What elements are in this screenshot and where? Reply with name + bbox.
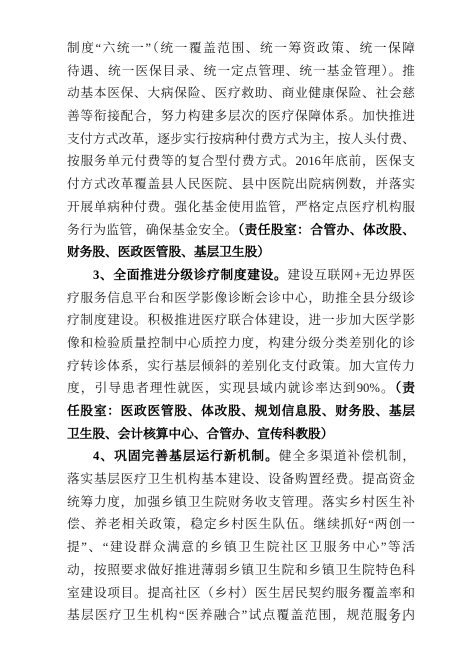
text-run: 疗制度建设。积极推进医疗联合体建设，进一步加大医学影	[67, 313, 415, 327]
text-run: 务行为监管，确保基金安全。	[67, 223, 238, 237]
text-run: 健全多渠道补偿机制，	[279, 449, 415, 463]
text-line: 室建设项目。提高社区（乡村）医生居民契约服务覆盖率和	[67, 582, 415, 605]
text-run: 动，按照要求做好推进薄弱乡镇卫生院和乡镇卫生院特色科	[67, 563, 415, 577]
text-line: 统筹力度，加强乡镇卫生院财务收支管理。落实乡村医生补	[67, 491, 415, 514]
text-line: 按服务单元付费等的复合型付费方式。2016年底前，医保支	[67, 150, 415, 173]
text-line: 动基本医保、大病保险、医疗救助、商业健康保险、社会慈	[67, 82, 415, 105]
text-run: 像和检验质量控制中心质控力度，构建分级分类差别化的诊	[67, 336, 415, 350]
text-line: 基层医疗卫生机构“医养融合”试点覆盖范围，规范服务内	[67, 604, 415, 627]
emphasis-run: 卫生股、会计核算中心、合管办、宣传科教股）	[67, 427, 333, 441]
emphasis-run: 3、全面推进分级诊疗制度建设。	[93, 268, 287, 282]
document-page: 制度“六统一”（统一覆盖范围、统一筹资政策、统一保障待遇、统一医保目录、统一定点…	[0, 0, 463, 662]
text-run: 按服务单元付费等的复合型付费方式。2016年底前，医保支	[67, 154, 415, 168]
text-line: 度，引导患者理性就医，实现县域内就诊率达到90%。（责	[67, 377, 415, 400]
text-line: 务行为监管，确保基金安全。（责任股室：合管办、体改股、	[67, 219, 415, 242]
text-line: 任股室：医政医管股、体改股、规划信息股、财务股、基层	[67, 400, 415, 423]
text-run: 落实基层医疗卫生机构基本建设、设备购置经费。提高资金	[67, 472, 415, 486]
text-run: 疗服务信息平台和医学影像诊断会诊中心，助推全县分级诊	[67, 291, 415, 305]
text-line: 疗制度建设。积极推进医疗联合体建设，进一步加大医学影	[67, 309, 415, 332]
text-run: 偿、养老相关政策，稳定乡村医生队伍。继续抓好“两创一	[67, 517, 415, 531]
text-line: 支付方式改革，逐步实行按病种付费方式为主，按人头付费、	[67, 128, 415, 151]
emphasis-run: 财务股、医政医管股、基层卫生股）	[67, 245, 270, 259]
text-line: 疗服务信息平台和医学影像诊断会诊中心，助推全县分级诊	[67, 287, 415, 310]
text-line: 3、全面推进分级诊疗制度建设。建设互联网+无边界医	[67, 264, 415, 287]
text-block: 制度“六统一”（统一覆盖范围、统一筹资政策、统一保障待遇、统一医保目录、统一定点…	[67, 37, 415, 627]
text-run: 善等衔接配合，努力构建多层次的医疗保障体系。加快推进	[67, 109, 415, 123]
emphasis-run: （责	[395, 381, 415, 395]
text-line: 开展单病种付费。强化基金使用监管，严格定点医疗机构服	[67, 196, 415, 219]
text-line: 偿、养老相关政策，稳定乡村医生队伍。继续抓好“两创一	[67, 513, 415, 536]
text-run: 待遇、统一医保目录、统一定点管理、统一基金管理）。推	[67, 64, 415, 78]
text-run: 度，引导患者理性就医，实现县域内就诊率达到90%。	[67, 381, 395, 395]
text-run: 开展单病种付费。强化基金使用监管，严格定点医疗机构服	[67, 200, 415, 214]
text-line: 制度“六统一”（统一覆盖范围、统一筹资政策、统一保障	[67, 37, 415, 60]
text-line: 财务股、医政医管股、基层卫生股）	[67, 241, 415, 264]
page-number: - 5 -	[378, 614, 412, 627]
text-run: 动基本医保、大病保险、医疗救助、商业健康保险、社会慈	[67, 86, 415, 100]
emphasis-run: 4、巩固完善基层运行新机制。	[93, 449, 279, 463]
text-run: 支付方式改革，逐步实行按病种付费方式为主，按人头付费、	[67, 132, 415, 146]
text-line: 付方式改革覆盖县人民医院、县中医院出院病例数，并落实	[67, 173, 415, 196]
text-run: 室建设项目。提高社区（乡村）医生居民契约服务覆盖率和	[67, 586, 415, 600]
text-run: 提”、“建设群众满意的乡镇卫生院社区卫服务中心”等活	[67, 540, 415, 554]
text-run: 付方式改革覆盖县人民医院、县中医院出院病例数，并落实	[67, 177, 415, 191]
emphasis-run: （责任股室：合管办、体改股、	[238, 223, 415, 237]
text-run: 建设互联网+无边界医	[287, 268, 415, 282]
text-run: 疗转诊体系，实行基层倾斜的差别化支付政策。加大宣传力	[67, 359, 415, 373]
text-run: 制度“六统一”（统一覆盖范围、统一筹资政策、统一保障	[67, 41, 415, 55]
text-run: 统筹力度，加强乡镇卫生院财务收支管理。落实乡村医生补	[67, 495, 415, 509]
text-line: 落实基层医疗卫生机构基本建设、设备购置经费。提高资金	[67, 468, 415, 491]
text-line: 卫生股、会计核算中心、合管办、宣传科教股）	[67, 423, 415, 446]
text-run: 基层医疗卫生机构“医养融合”试点覆盖范围，规范服务内	[67, 608, 415, 622]
text-line: 像和检验质量控制中心质控力度，构建分级分类差别化的诊	[67, 332, 415, 355]
text-line: 动，按照要求做好推进薄弱乡镇卫生院和乡镇卫生院特色科	[67, 559, 415, 582]
text-line: 待遇、统一医保目录、统一定点管理、统一基金管理）。推	[67, 60, 415, 83]
text-line: 善等衔接配合，努力构建多层次的医疗保障体系。加快推进	[67, 105, 415, 128]
text-line: 疗转诊体系，实行基层倾斜的差别化支付政策。加大宣传力	[67, 355, 415, 378]
text-line: 4、巩固完善基层运行新机制。健全多渠道补偿机制，	[67, 445, 415, 468]
text-line: 提”、“建设群众满意的乡镇卫生院社区卫服务中心”等活	[67, 536, 415, 559]
emphasis-run: 任股室：医政医管股、体改股、规划信息股、财务股、基层	[67, 404, 415, 418]
